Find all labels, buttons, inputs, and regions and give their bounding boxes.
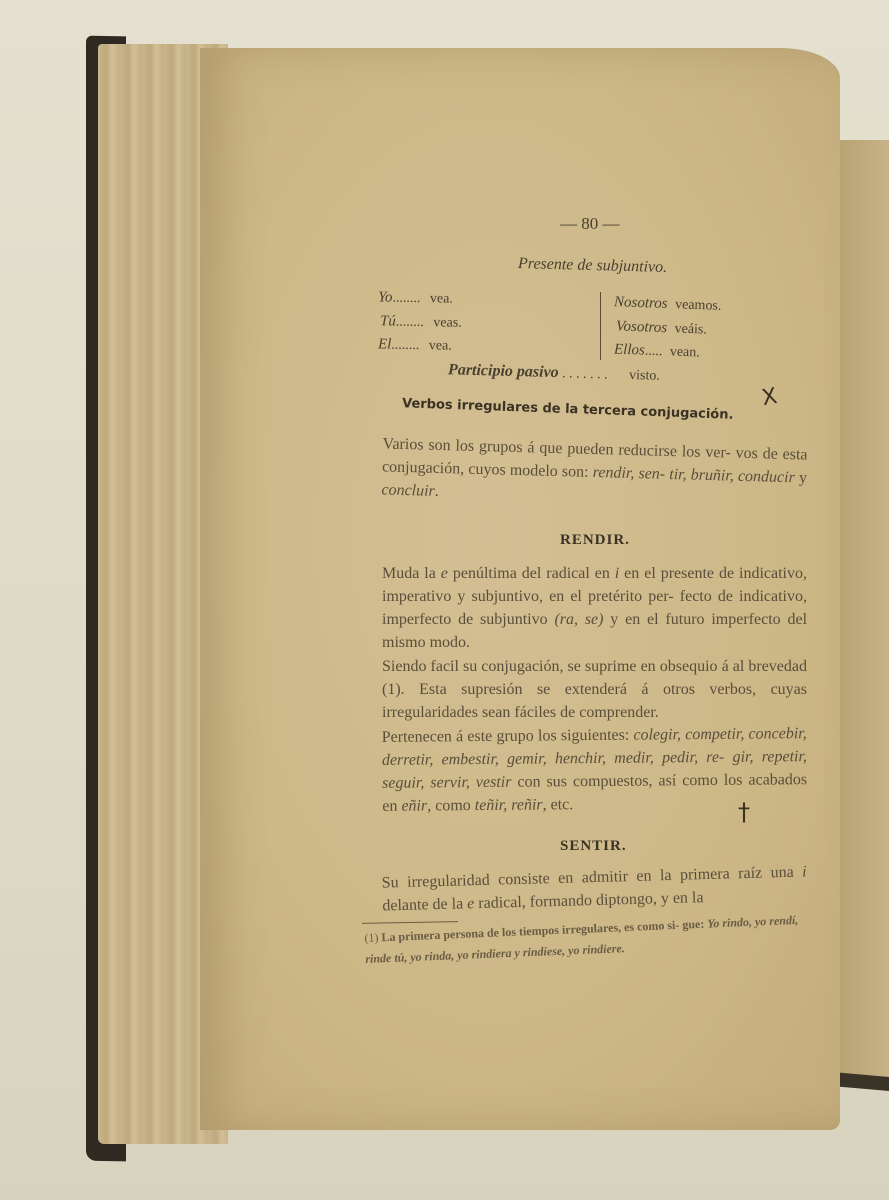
intro-text: . — [435, 483, 439, 500]
footnote-marker: (1) — [364, 930, 379, 945]
text: Muda la — [382, 565, 441, 582]
pronoun: El — [378, 336, 392, 352]
pronoun: Vosotros — [616, 318, 668, 336]
conj-row-vosotros: Vosotros veáis. — [616, 318, 707, 338]
text: (ra, se) — [554, 611, 603, 628]
rendir-paragraph-1: Muda la e penúltima del radical en i en … — [382, 562, 807, 654]
leader-dots: ........ — [392, 291, 420, 306]
intro-example: concluir — [381, 481, 435, 499]
verb-form: vean. — [670, 344, 700, 360]
conj-row-el: El........ vea. — [378, 336, 452, 354]
text: , etc. — [543, 796, 574, 813]
text: penúltima del radical en — [448, 565, 615, 582]
conj-row-tu: Tú........ veas. — [380, 313, 462, 331]
text: delante de la — [382, 895, 467, 914]
facing-page-edge — [838, 140, 889, 1080]
pronoun: Ellos — [614, 342, 645, 359]
participle-label: Participio pasivo — [448, 361, 559, 381]
heading-sentir: SENTIR. — [560, 838, 627, 855]
verb-form: veáis. — [674, 321, 707, 337]
intro-text: y — [795, 469, 808, 486]
section-title: Presente de subjuntivo. — [518, 255, 668, 277]
verb-form: veas. — [433, 315, 462, 330]
rendir-paragraph-2: Siendo facil su conjugación, se suprime … — [382, 655, 807, 724]
text: , como — [427, 797, 475, 814]
conj-row-yo: Yo........ vea. — [378, 289, 453, 307]
leader-dots: ........ — [391, 338, 419, 353]
text: Pertenecen á este grupo los siguientes: — [382, 727, 634, 746]
handwritten-cross-mark: † — [738, 798, 750, 826]
intro-examples: rendir, sen- tir, bruñir, conducir — [592, 464, 795, 486]
participle-form: visto. — [629, 368, 660, 384]
intro-paragraph: Varios son los grupos á que pueden reduc… — [381, 432, 808, 512]
heading-rendir: RENDIR. — [560, 532, 630, 549]
text: eñir — [401, 797, 427, 814]
pronoun: Nosotros — [614, 294, 668, 312]
page-number: — 80 — — [560, 214, 620, 234]
leader-dots: ........ — [396, 315, 424, 330]
text: radical, formando diptongo, y en la — [474, 889, 704, 912]
leader-dots: ..... — [645, 344, 663, 360]
text: e — [441, 565, 448, 582]
leader-dots: . . . . . . . — [562, 366, 608, 382]
text: i — [802, 863, 807, 880]
verb-form: vea. — [430, 291, 453, 306]
text: teñir, reñir — [475, 796, 543, 814]
conj-row-ellos: Ellos..... vean. — [614, 342, 700, 362]
verb-form: veamos. — [675, 297, 722, 314]
column-divider — [600, 292, 601, 360]
pronoun: Tú — [380, 313, 396, 329]
pronoun: Yo — [378, 289, 393, 305]
verb-form: vea. — [429, 338, 452, 353]
